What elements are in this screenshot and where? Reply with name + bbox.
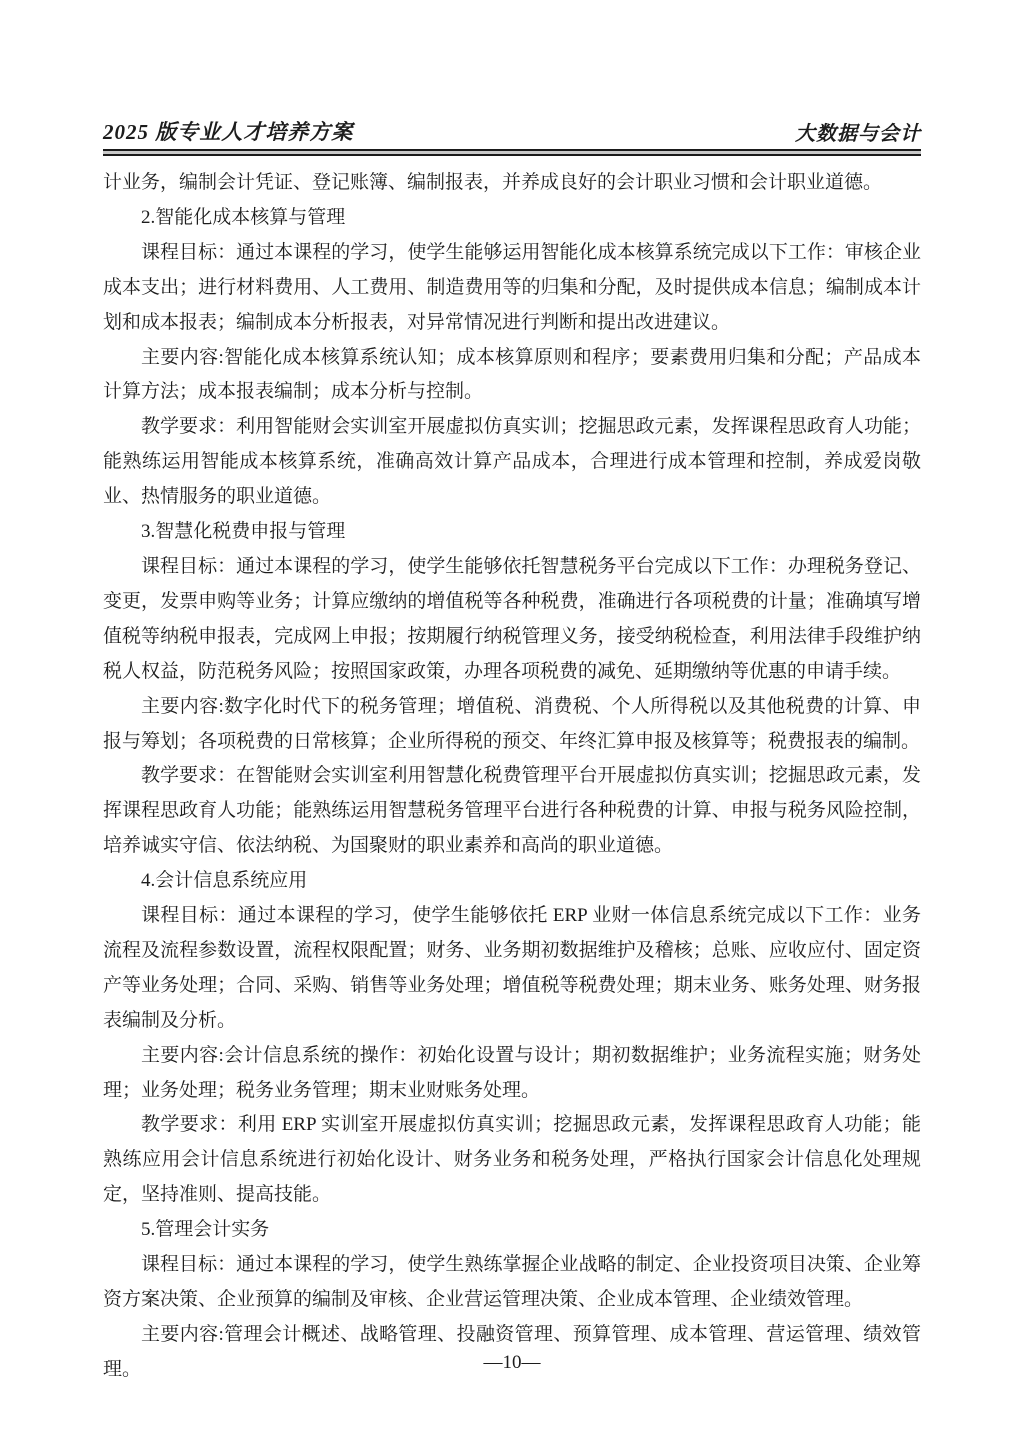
page-footer: —10— (0, 1352, 1024, 1374)
paragraph: 教学要求：利用智能财会实训室开展虚拟仿真实训；挖掘思政元素，发挥课程思政育人功能… (103, 410, 921, 515)
paragraph: 教学要求：利用 ERP 实训室开展虚拟仿真实训；挖掘思政元素，发挥课程思政育人功… (103, 1108, 921, 1213)
header-double-rule (103, 149, 921, 156)
paragraph: 教学要求：在智能财会实训室利用智慧化税费管理平台开展虚拟仿真实训；挖掘思政元素，… (103, 759, 921, 864)
paragraph: 主要内容:智能化成本核算系统认知；成本核算原则和程序；要素费用归集和分配；产品成… (103, 341, 921, 411)
header-title-left: 2025 版专业人才培养方案 (103, 116, 353, 146)
document-page: 2025 版专业人才培养方案 大数据与会计 计业务，编制会计凭证、登记账簿、编制… (0, 0, 1024, 1448)
paragraph: 课程目标：通过本课程的学习，使学生熟练掌握企业战略的制定、企业投资项目决策、企业… (103, 1248, 921, 1318)
paragraph: 课程目标：通过本课程的学习，使学生能够依托 ERP 业财一体信息系统完成以下工作… (103, 899, 921, 1039)
paragraph: 主要内容:数字化时代下的税务管理；增值税、消费税、个人所得税以及其他税费的计算、… (103, 690, 921, 760)
paragraph: 4.会计信息系统应用 (103, 864, 921, 899)
document-body: 计业务，编制会计凭证、登记账簿、编制报表，并养成良好的会计职业习惯和会计职业道德… (103, 166, 921, 1388)
paragraph: 课程目标：通过本课程的学习，使学生能够依托智慧税务平台完成以下工作：办理税务登记… (103, 550, 921, 690)
paragraph: 5.管理会计实务 (103, 1213, 921, 1248)
page-number: —10— (484, 1352, 541, 1373)
paragraph: 主要内容:会计信息系统的操作：初始化设置与设计；期初数据维护；业务流程实施；财务… (103, 1039, 921, 1109)
header-title-right: 大数据与会计 (795, 117, 921, 146)
page-header: 2025 版专业人才培养方案 大数据与会计 (103, 114, 921, 146)
paragraph: 2.智能化成本核算与管理 (103, 201, 921, 236)
paragraph: 3.智慧化税费申报与管理 (103, 515, 921, 550)
paragraph: 课程目标：通过本课程的学习，使学生能够运用智能化成本核算系统完成以下工作：审核企… (103, 236, 921, 341)
paragraph: 计业务，编制会计凭证、登记账簿、编制报表，并养成良好的会计职业习惯和会计职业道德… (103, 166, 921, 201)
